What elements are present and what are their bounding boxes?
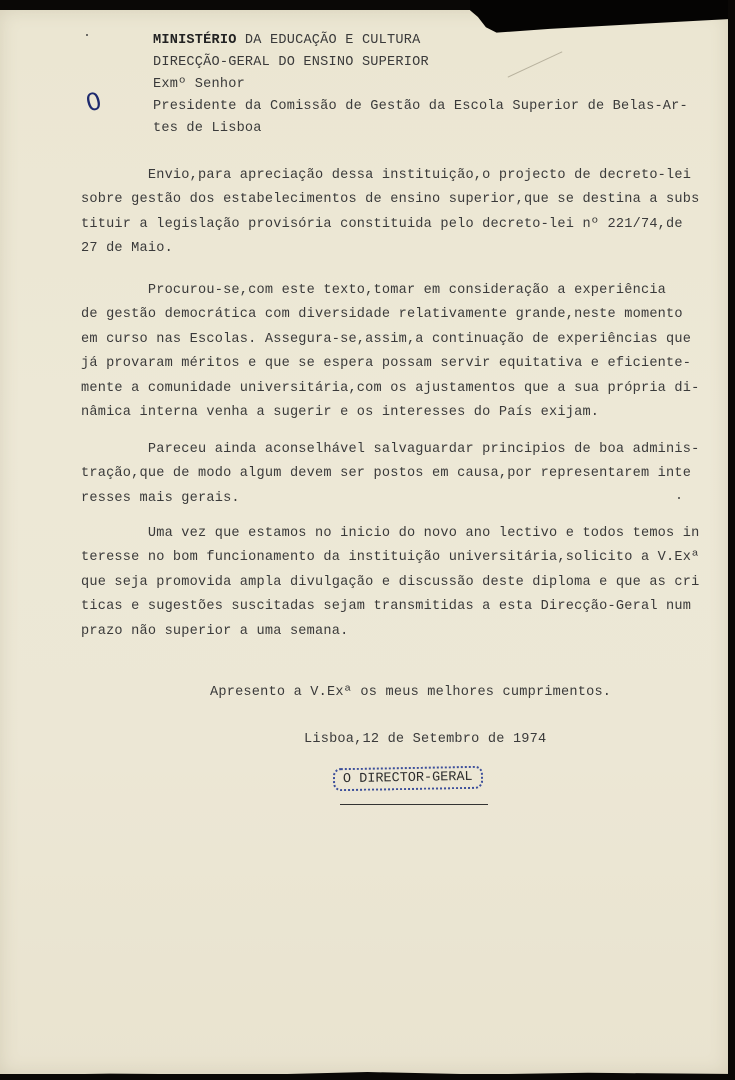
ink-speck	[86, 34, 88, 36]
paragraph-2-line: mente a comunidade universitária,com os …	[81, 376, 699, 402]
addressee-line-2: tes de Lisboa	[153, 118, 262, 140]
paragraph-3-line: Pareceu ainda aconselhável salvaguardar …	[81, 437, 699, 463]
paragraph-1-line: tituir a legislação provisória constitui…	[81, 212, 683, 238]
paragraph-1-line: 27 de Maio.	[81, 236, 173, 262]
place-date: Lisboa,12 de Setembro de 1974	[304, 727, 546, 753]
paragraph-4-line: Uma vez que estamos no inicio do novo an…	[81, 521, 699, 547]
paragraph-3-line: tração,que de modo algum devem ser posto…	[81, 461, 691, 487]
paragraph-4-line: prazo não superior a uma semana.	[81, 619, 348, 645]
salutation: Exmº Senhor	[153, 74, 245, 96]
paragraph-2-line: já provaram méritos e que se espera poss…	[81, 351, 691, 377]
scan-border-right	[728, 0, 735, 1080]
directorate-line: DIRECÇÃO-GERAL DO ENSINO SUPERIOR	[153, 52, 429, 74]
paragraph-2-line: de gestão democrática com diversidade re…	[81, 302, 683, 328]
paragraph-1-line: Envio,para apreciação dessa instituição,…	[81, 163, 691, 189]
signature-line	[340, 804, 488, 805]
paragraph-4-line: teresse no bom funcionamento da institui…	[81, 545, 699, 571]
addressee-line-1: Presidente da Comissão de Gestão da Esco…	[153, 96, 688, 118]
paragraph-1-line: sobre gestão dos estabelecimentos de ens…	[81, 187, 699, 213]
ministry-bold: MINISTÉRIO	[153, 33, 237, 48]
paragraph-2-line: Procurou-se,com este texto,tomar em cons…	[81, 278, 666, 304]
paragraph-2-line: em curso nas Escolas. Assegura-se,assim,…	[81, 327, 691, 353]
paragraph-2-line: nâmica interna venha a sugerir e os inte…	[81, 400, 599, 426]
ministry-rest: DA EDUCAÇÃO E CULTURA	[237, 33, 421, 48]
paragraph-4-line: ticas e sugestões suscitadas sejam trans…	[81, 594, 691, 620]
ministry-line: MINISTÉRIO DA EDUCAÇÃO E CULTURA	[153, 30, 420, 52]
director-general-stamp: O DIRECTOR-GERAL	[333, 766, 483, 792]
ink-speck	[678, 497, 680, 499]
paragraph-4-line: que seja promovida ampla divulgação e di…	[81, 570, 699, 596]
closing-line: Apresento a V.Exª os meus melhores cumpr…	[210, 680, 611, 706]
paragraph-3-line: resses mais gerais.	[81, 486, 240, 512]
